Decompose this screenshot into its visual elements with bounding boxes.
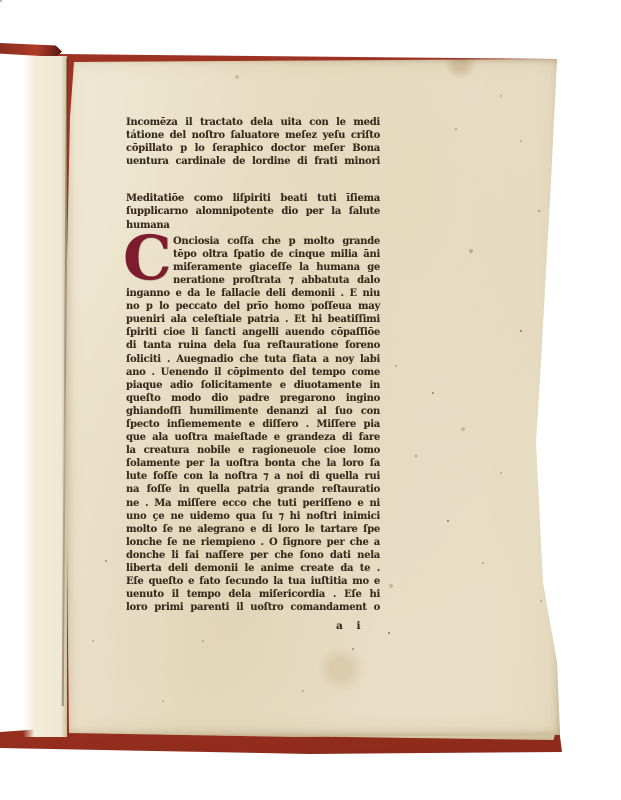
rubricated-initial: C bbox=[123, 234, 171, 286]
quire-signature: a i bbox=[126, 620, 380, 633]
incipit-heading: Incomēza il tractato dela uita con le me… bbox=[126, 116, 380, 168]
body-text: C Onciosia coſſa che p molto grandetēpo … bbox=[126, 235, 380, 634]
text-line: ſoliciti . Auegnadio che tuta fiata a no… bbox=[126, 353, 380, 366]
text-line: loro primi parenti il uoſtro comandament… bbox=[126, 601, 380, 614]
text-line: molto ſe ne alegrano e di loro le tartar… bbox=[126, 523, 380, 536]
text-line: lute foſſe con la noſtra ⁊ a noi di quel… bbox=[126, 470, 380, 483]
text-line: uno çe ne uidemo qua ſu ⁊ hi noſtri inim… bbox=[126, 510, 380, 523]
book-photograph: Incomēza il tractato dela uita con le me… bbox=[0, 0, 621, 800]
text-line: Incomēza il tractato dela uita con le me… bbox=[126, 116, 380, 129]
text-line: ſupplicarno alomnipotente dio per la ſal… bbox=[126, 205, 380, 218]
text-line: tátione del noſtro ſaluatore meſez yeſu … bbox=[126, 129, 380, 142]
text-line: ne . Ma miſſere ecco che tuti periſſeno … bbox=[126, 497, 380, 510]
text-line: uenuto il tempo dela miſericordia . Eſe … bbox=[126, 588, 380, 601]
text-line: neratione proſtrata ⁊ abbatuta dalo bbox=[173, 274, 380, 287]
text-line: na foſſe in quella patria grande reſtaur… bbox=[126, 483, 380, 496]
text-line: no p lo peccato del prīo homo poſſeua ma… bbox=[126, 300, 380, 313]
text-line: ſolamente per la uoſtra bonta che la lor… bbox=[126, 457, 380, 470]
text-line: la creatura nobile e ragioneuole cioe lo… bbox=[126, 444, 380, 457]
text-line: pueniri ala celeſtiale patria . Et hi be… bbox=[126, 313, 380, 326]
text-line: lonche ſe ne riempieno . O ſignore per c… bbox=[126, 536, 380, 549]
text-line: que ala uoſtra maieſtade e grandeza di f… bbox=[126, 431, 380, 444]
text-line: cōpillato p lo ſeraphico doctor meſer Bo… bbox=[126, 142, 380, 155]
printed-text-block: Incomēza il tractato dela uita con le me… bbox=[126, 116, 380, 633]
text-line: ano . Uenendo il cōpimento del tempo com… bbox=[126, 366, 380, 379]
text-line: Meditatiōe como liſpiriti beati tuti īſi… bbox=[126, 192, 380, 205]
binding-spine-edge bbox=[0, 40, 62, 57]
text-line: queſto modo dio padre pregarono ingino bbox=[126, 392, 380, 405]
text-line: piaque adio ſolicitamente e diuotamente … bbox=[126, 379, 380, 392]
text-line: Onciosia coſſa che p molto grande bbox=[173, 235, 380, 248]
text-line: ghiandoſſi humilimente denanzi al ſuo co… bbox=[126, 405, 380, 418]
text-line: liberta deli demonii le anime create da … bbox=[126, 562, 380, 575]
foxing-spots bbox=[0, 0, 2, 2]
text-line: ſpecto inſiememente e diſſero . Miſſere … bbox=[126, 418, 380, 431]
text-line: uentura cardinale de lordine di frati mi… bbox=[126, 155, 380, 168]
text-line: di tanta ruina dela ſua reſtauratione fo… bbox=[126, 339, 380, 352]
text-line: Eſe queſto e fato ſecundo la tua iuſtiti… bbox=[126, 575, 380, 588]
text-line: miſeramente giaceſſe la humana ge bbox=[173, 261, 380, 274]
text-line: ſpiriti cioe li ſancti angelli auendo cō… bbox=[126, 326, 380, 339]
flyleaf-page-edge bbox=[23, 56, 67, 737]
body-lines: inganno e da le fallacie deli demonii . … bbox=[126, 287, 380, 614]
text-line: tēpo oltra ſpatio de cinque milia āni bbox=[173, 248, 380, 261]
text-line: donche li fai naſſere per che ſono dati … bbox=[126, 549, 380, 562]
